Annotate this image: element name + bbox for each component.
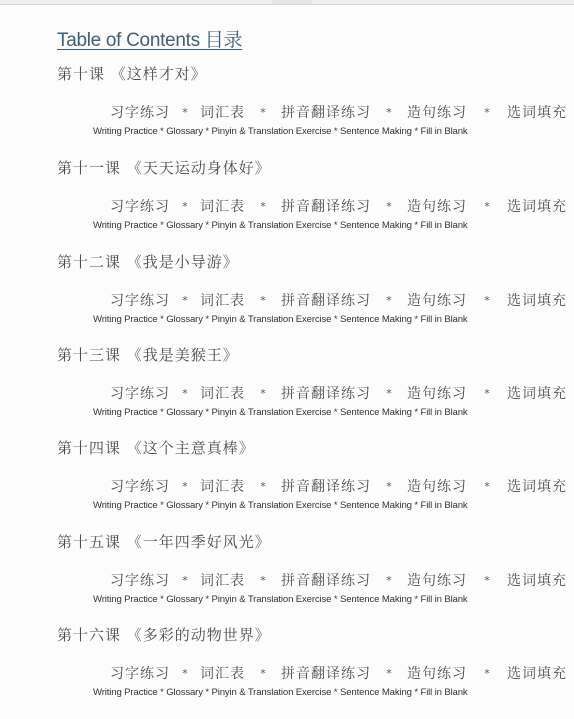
- lesson-heading[interactable]: 第十六课 《多彩的动物世界》: [57, 624, 271, 645]
- activity-zh-item: 造句练习: [407, 290, 467, 310]
- lesson-title: 《一年四季好风光》: [127, 533, 271, 551]
- top-tab-indicator: [272, 0, 312, 4]
- lesson-number: 第十五课: [57, 533, 121, 551]
- activity-zh-item: 造句练习: [407, 102, 467, 122]
- lesson-heading[interactable]: 第十五课 《一年四季好风光》: [57, 531, 271, 552]
- activity-separator: *: [245, 387, 281, 400]
- lesson-entry: 第十四课 《这个主意真棒》 习字练习*词汇表*拼音翻译练习*造句练习*选词填充 …: [0, 437, 574, 527]
- activities-english: Writing Practice * Glossary * Pinyin & T…: [93, 687, 468, 698]
- lesson-heading[interactable]: 第十四课 《这个主意真棒》: [57, 437, 255, 458]
- activity-separator: *: [245, 667, 281, 680]
- lesson-number: 第十四课: [57, 439, 121, 457]
- activities-chinese: 习字练习*词汇表*拼音翻译练习*造句练习*选词填充: [110, 383, 567, 403]
- activity-zh-item: 拼音翻译练习: [281, 196, 371, 216]
- activity-separator: *: [170, 574, 200, 587]
- activity-separator: *: [170, 387, 200, 400]
- activity-zh-item: 习字练习: [110, 383, 170, 403]
- activity-zh-item: 造句练习: [407, 196, 467, 216]
- lesson-entry: 第十二课 《我是小导游》 习字练习*词汇表*拼音翻译练习*造句练习*选词填充 W…: [0, 251, 574, 341]
- activity-separator: *: [170, 667, 200, 680]
- lesson-entry: 第十一课 《天天运动身体好》 习字练习*词汇表*拼音翻译练习*造句练习*选词填充…: [0, 157, 574, 247]
- activity-zh-item: 词汇表: [200, 570, 245, 590]
- activity-separator: *: [371, 294, 407, 307]
- activity-separator: *: [170, 106, 200, 119]
- activity-separator: *: [467, 200, 507, 213]
- activity-zh-item: 词汇表: [200, 196, 245, 216]
- activity-zh-item: 拼音翻译练习: [281, 570, 371, 590]
- activity-separator: *: [371, 480, 407, 493]
- lesson-heading[interactable]: 第十三课 《我是美猴王》: [57, 344, 239, 365]
- activity-zh-item: 选词填充: [507, 383, 567, 403]
- activity-separator: *: [245, 574, 281, 587]
- activities-chinese: 习字练习*词汇表*拼音翻译练习*造句练习*选词填充: [110, 102, 567, 122]
- lesson-number: 第十二课: [57, 253, 121, 271]
- activity-zh-item: 习字练习: [110, 476, 170, 496]
- table-of-contents-title[interactable]: Table of Contents 目录: [57, 25, 242, 52]
- activities-chinese: 习字练习*词汇表*拼音翻译练习*造句练习*选词填充: [110, 663, 567, 683]
- activities-english: Writing Practice * Glossary * Pinyin & T…: [93, 500, 468, 511]
- activity-separator: *: [467, 574, 507, 587]
- lesson-number: 第十六课: [57, 626, 121, 644]
- lesson-number: 第十一课: [57, 159, 121, 177]
- lesson-number: 第十课: [57, 65, 105, 83]
- activity-zh-item: 词汇表: [200, 102, 245, 122]
- activity-zh-item: 造句练习: [407, 476, 467, 496]
- activities-english: Writing Practice * Glossary * Pinyin & T…: [93, 126, 468, 137]
- activity-zh-item: 习字练习: [110, 663, 170, 683]
- activity-separator: *: [467, 667, 507, 680]
- activity-separator: *: [245, 294, 281, 307]
- activity-zh-item: 习字练习: [110, 570, 170, 590]
- lesson-title: 《多彩的动物世界》: [127, 626, 271, 644]
- activity-zh-item: 词汇表: [200, 383, 245, 403]
- activity-zh-item: 习字练习: [110, 196, 170, 216]
- activities-english: Writing Practice * Glossary * Pinyin & T…: [93, 314, 468, 325]
- activity-separator: *: [371, 574, 407, 587]
- lesson-title: 《我是小导游》: [127, 253, 239, 271]
- lesson-number: 第十三课: [57, 346, 121, 364]
- lesson-heading[interactable]: 第十一课 《天天运动身体好》: [57, 157, 271, 178]
- activity-separator: *: [467, 106, 507, 119]
- activity-separator: *: [467, 480, 507, 493]
- activity-zh-item: 拼音翻译练习: [281, 102, 371, 122]
- activity-zh-item: 拼音翻译练习: [281, 663, 371, 683]
- activity-zh-item: 造句练习: [407, 663, 467, 683]
- activity-separator: *: [371, 387, 407, 400]
- activity-separator: *: [170, 200, 200, 213]
- activity-separator: *: [245, 480, 281, 493]
- lesson-entry: 第十课 《这样才对》 习字练习*词汇表*拼音翻译练习*造句练习*选词填充 Wri…: [0, 63, 574, 153]
- activity-separator: *: [467, 294, 507, 307]
- activities-english: Writing Practice * Glossary * Pinyin & T…: [93, 220, 468, 231]
- activity-zh-item: 习字练习: [110, 290, 170, 310]
- document-page: Table of Contents 目录 第十课 《这样才对》 习字练习*词汇表…: [0, 5, 574, 719]
- activity-separator: *: [245, 200, 281, 213]
- activity-separator: *: [371, 200, 407, 213]
- activity-zh-item: 选词填充: [507, 102, 567, 122]
- activity-separator: *: [245, 106, 281, 119]
- activity-zh-item: 词汇表: [200, 663, 245, 683]
- activity-zh-item: 拼音翻译练习: [281, 290, 371, 310]
- activity-zh-item: 词汇表: [200, 476, 245, 496]
- activity-zh-item: 选词填充: [507, 476, 567, 496]
- activity-zh-item: 造句练习: [407, 570, 467, 590]
- activities-english: Writing Practice * Glossary * Pinyin & T…: [93, 594, 468, 605]
- lesson-title: 《我是美猴王》: [127, 346, 239, 364]
- lesson-heading[interactable]: 第十课 《这样才对》: [57, 63, 207, 84]
- activity-zh-item: 选词填充: [507, 663, 567, 683]
- activity-separator: *: [170, 480, 200, 493]
- activity-separator: *: [170, 294, 200, 307]
- activity-separator: *: [467, 387, 507, 400]
- activities-chinese: 习字练习*词汇表*拼音翻译练习*造句练习*选词填充: [110, 196, 567, 216]
- activities-chinese: 习字练习*词汇表*拼音翻译练习*造句练习*选词填充: [110, 570, 567, 590]
- activity-zh-item: 选词填充: [507, 570, 567, 590]
- activity-zh-item: 习字练习: [110, 102, 170, 122]
- activity-zh-item: 造句练习: [407, 383, 467, 403]
- activity-zh-item: 选词填充: [507, 290, 567, 310]
- activity-separator: *: [371, 667, 407, 680]
- activity-zh-item: 拼音翻译练习: [281, 383, 371, 403]
- activities-chinese: 习字练习*词汇表*拼音翻译练习*造句练习*选词填充: [110, 290, 567, 310]
- lesson-entry: 第十三课 《我是美猴王》 习字练习*词汇表*拼音翻译练习*造句练习*选词填充 W…: [0, 344, 574, 434]
- activity-separator: *: [371, 106, 407, 119]
- lesson-title: 《这样才对》: [111, 65, 207, 83]
- lesson-title: 《这个主意真棒》: [127, 439, 255, 457]
- activity-zh-item: 词汇表: [200, 290, 245, 310]
- lesson-heading[interactable]: 第十二课 《我是小导游》: [57, 251, 239, 272]
- activity-zh-item: 拼音翻译练习: [281, 476, 371, 496]
- activities-english: Writing Practice * Glossary * Pinyin & T…: [93, 407, 468, 418]
- activities-chinese: 习字练习*词汇表*拼音翻译练习*造句练习*选词填充: [110, 476, 567, 496]
- lesson-entry: 第十五课 《一年四季好风光》 习字练习*词汇表*拼音翻译练习*造句练习*选词填充…: [0, 531, 574, 621]
- lesson-entry: 第十六课 《多彩的动物世界》 习字练习*词汇表*拼音翻译练习*造句练习*选词填充…: [0, 624, 574, 714]
- activity-zh-item: 选词填充: [507, 196, 567, 216]
- lesson-title: 《天天运动身体好》: [127, 159, 271, 177]
